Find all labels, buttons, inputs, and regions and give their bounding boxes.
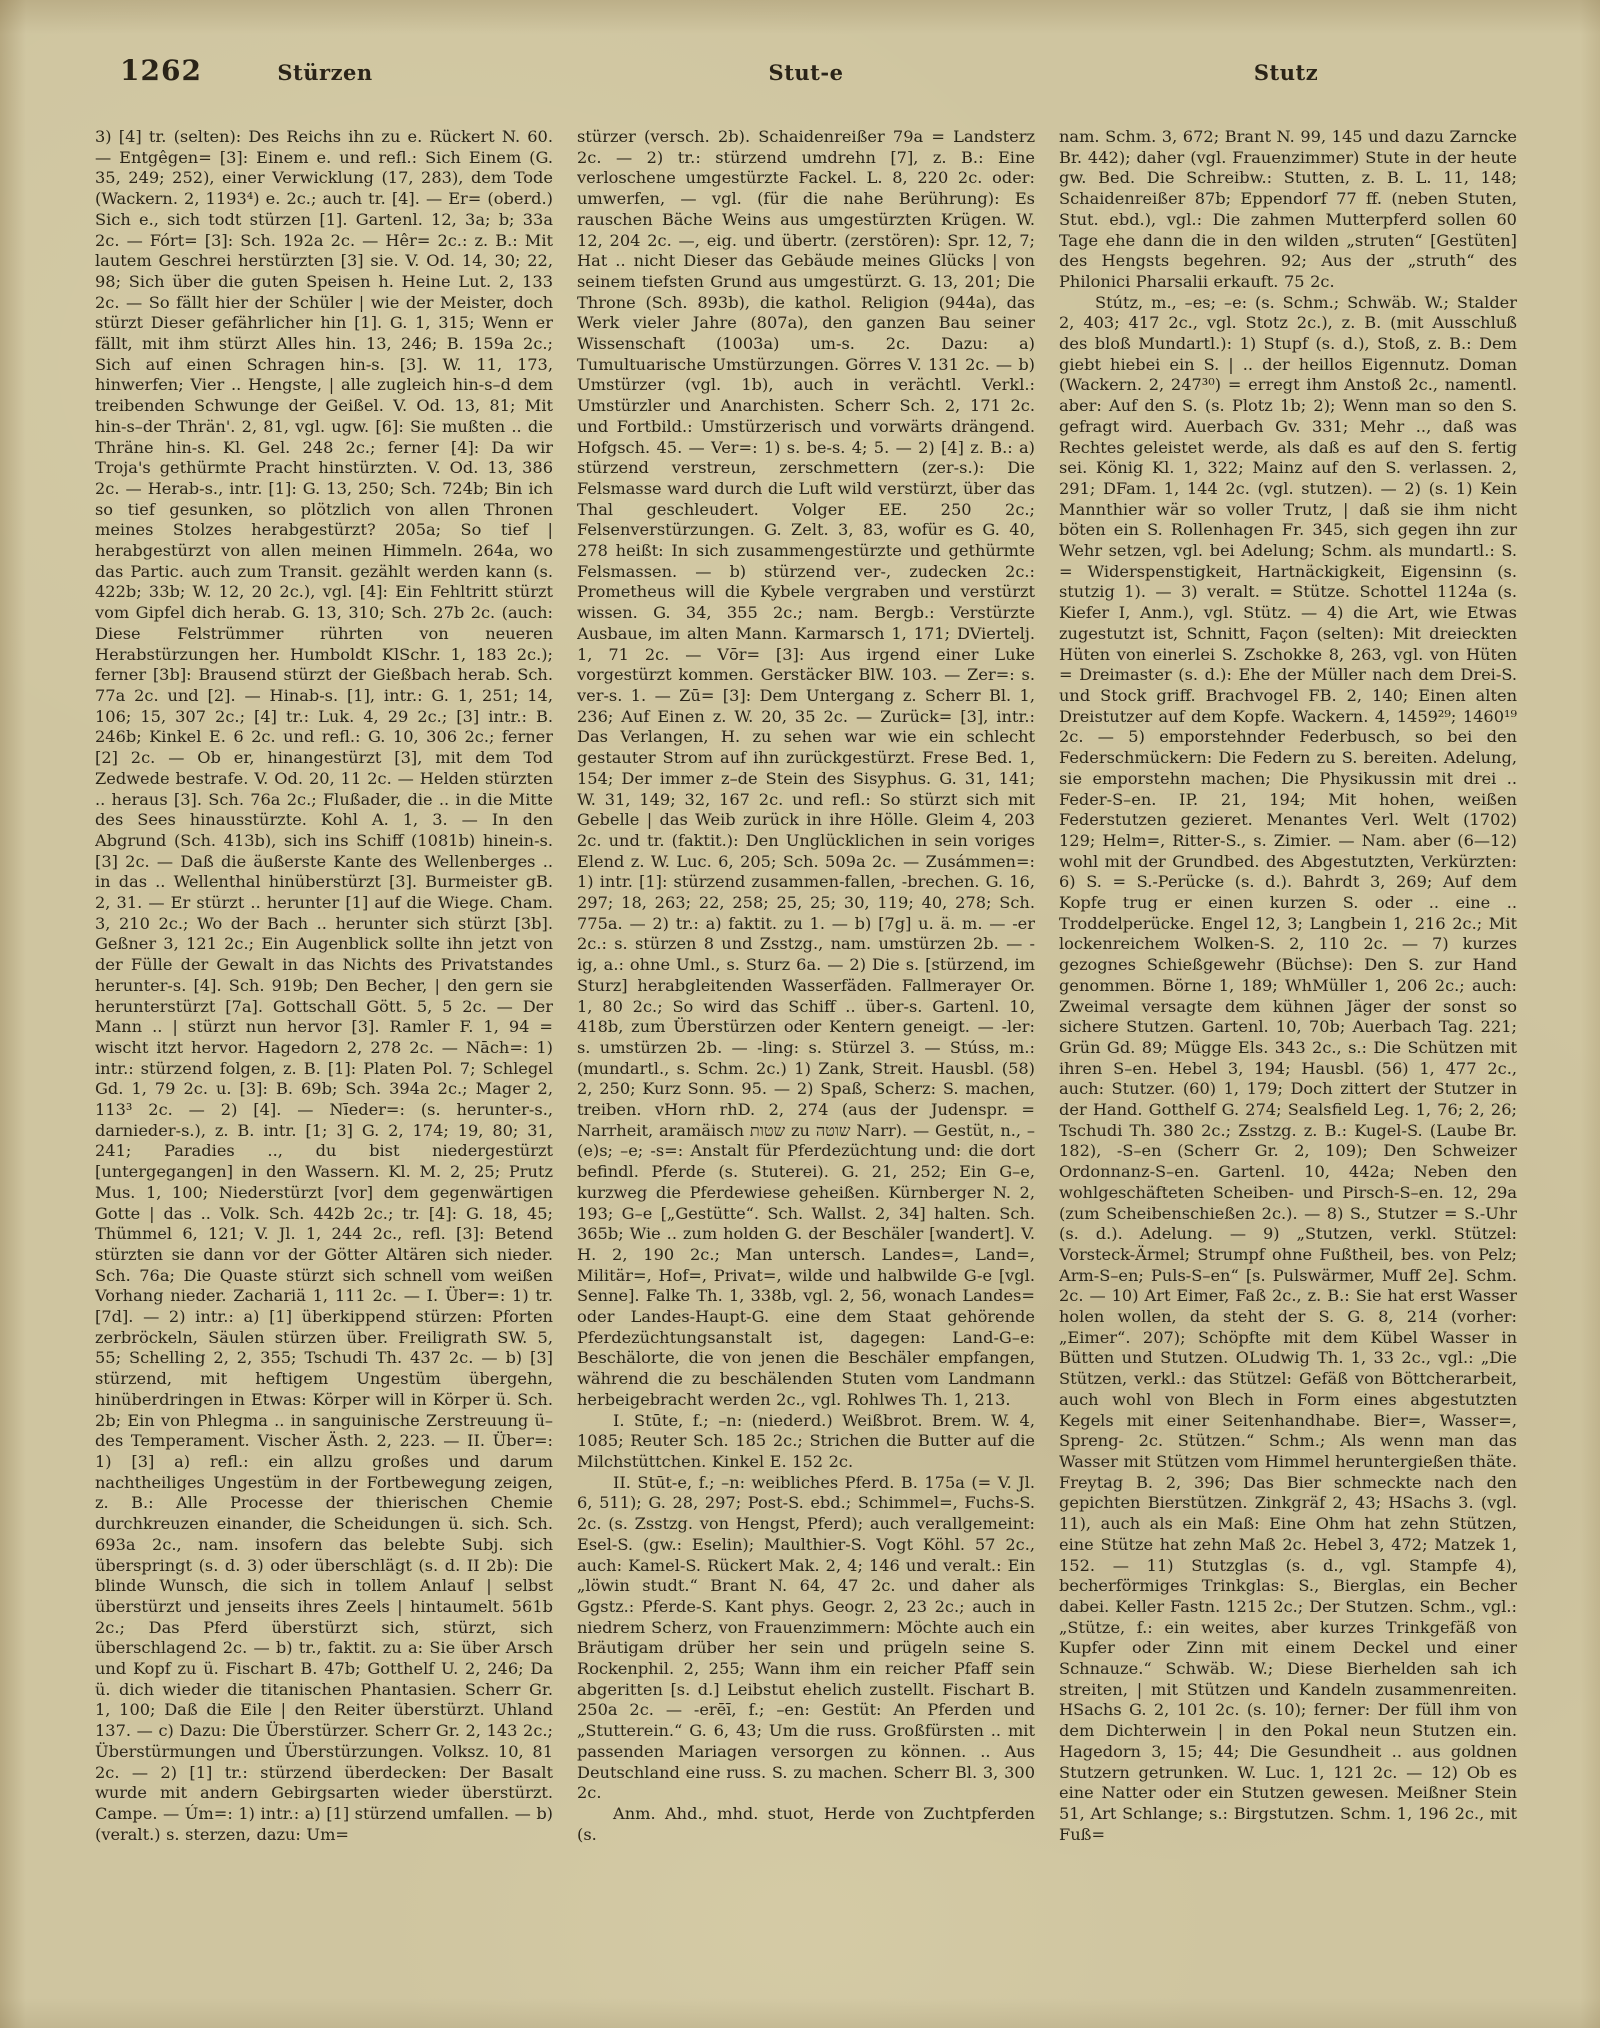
column-left: 3) [4] tr. (selten): Des Reichs ihn zu e…: [95, 127, 553, 1922]
dictionary-paragraph: Stútz, m., –es; –e: (s. Schm.; Schwäb. W…: [1059, 293, 1517, 1846]
running-head-left: Stürzen: [277, 60, 372, 85]
running-head-center: Stut-e: [769, 60, 844, 85]
running-head-right: Stutz: [1254, 60, 1318, 85]
dictionary-paragraph: 3) [4] tr. (selten): Des Reichs ihn zu e…: [95, 127, 553, 1845]
dictionary-paragraph: nam. Schm. 3, 672; Brant N. 99, 145 und …: [1059, 127, 1517, 293]
dictionary-paragraph: I. Stūte, f.; –n: (niederd.) Weißbrot. B…: [577, 1411, 1035, 1473]
column-right: nam. Schm. 3, 672; Brant N. 99, 145 und …: [1059, 127, 1517, 1922]
page-number: 1262: [120, 54, 202, 87]
dictionary-paragraph: stürzer (versch. 2b). Schaidenreißer 79a…: [577, 127, 1035, 1411]
column-center: stürzer (versch. 2b). Schaidenreißer 79a…: [577, 127, 1035, 1922]
text-columns: 3) [4] tr. (selten): Des Reichs ihn zu e…: [95, 127, 1517, 1922]
dictionary-paragraph: II. Stūt-e, f.; –n: weibliches Pferd. B.…: [577, 1473, 1035, 1804]
dictionary-paragraph: Anm. Ahd., mhd. stuot, Herde von Zuchtpf…: [577, 1804, 1035, 1845]
